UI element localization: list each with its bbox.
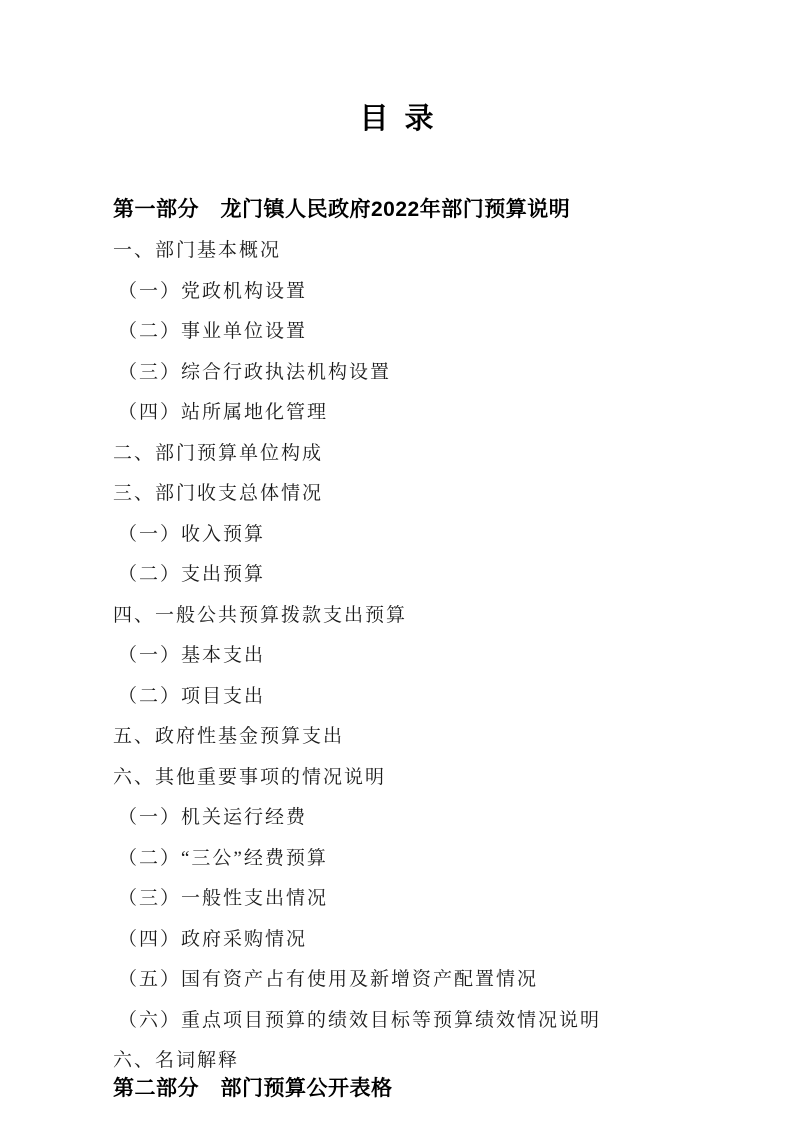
toc-section-item: 一、部门基本概况 [113, 229, 733, 270]
toc-sub-item: （五）国有资产占有使用及新增资产配置情况 [113, 958, 733, 999]
toc-sub-item: （一）基本支出 [113, 634, 733, 675]
toc-sub-item: （三）综合行政执法机构设置 [113, 350, 733, 391]
toc-section-item: 六、其他重要事项的情况说明 [113, 755, 733, 796]
document-page: 目录 第一部分 龙门镇人民政府2022年部门预算说明 一、部门基本概况 （一）党… [0, 0, 793, 1122]
toc-section-item: 四、一般公共预算拨款支出预算 [113, 593, 733, 634]
toc-section-item: 二、部门预算单位构成 [113, 431, 733, 472]
document-title: 目录 [0, 100, 793, 138]
toc-part-heading: 第二部分 部门预算公开表格 [113, 1067, 733, 1108]
toc-sub-item: （四）政府采购情况 [113, 917, 733, 958]
toc-sub-item: （二）项目支出 [113, 674, 733, 715]
toc-sub-item: （六）重点项目预算的绩效目标等预算绩效情况说明 [113, 998, 733, 1039]
toc-section-item: 五、政府性基金预算支出 [113, 715, 733, 756]
toc-sub-item: （一）机关运行经费 [113, 796, 733, 837]
toc-sub-item: （二）支出预算 [113, 553, 733, 594]
toc-sub-item: （三）一般性支出情况 [113, 877, 733, 918]
toc-sub-item: （一）收入预算 [113, 512, 733, 553]
toc-sub-item: （四）站所属地化管理 [113, 391, 733, 432]
toc-sub-item: （一）党政机构设置 [113, 269, 733, 310]
toc-section-item: 三、部门收支总体情况 [113, 472, 733, 513]
toc-part-heading: 第一部分 龙门镇人民政府2022年部门预算说明 [113, 188, 733, 229]
toc-sub-item: （二）“三公”经费预算 [113, 836, 733, 877]
table-of-contents: 第一部分 龙门镇人民政府2022年部门预算说明 一、部门基本概况 （一）党政机构… [113, 188, 733, 1108]
toc-sub-item: （二）事业单位设置 [113, 310, 733, 351]
